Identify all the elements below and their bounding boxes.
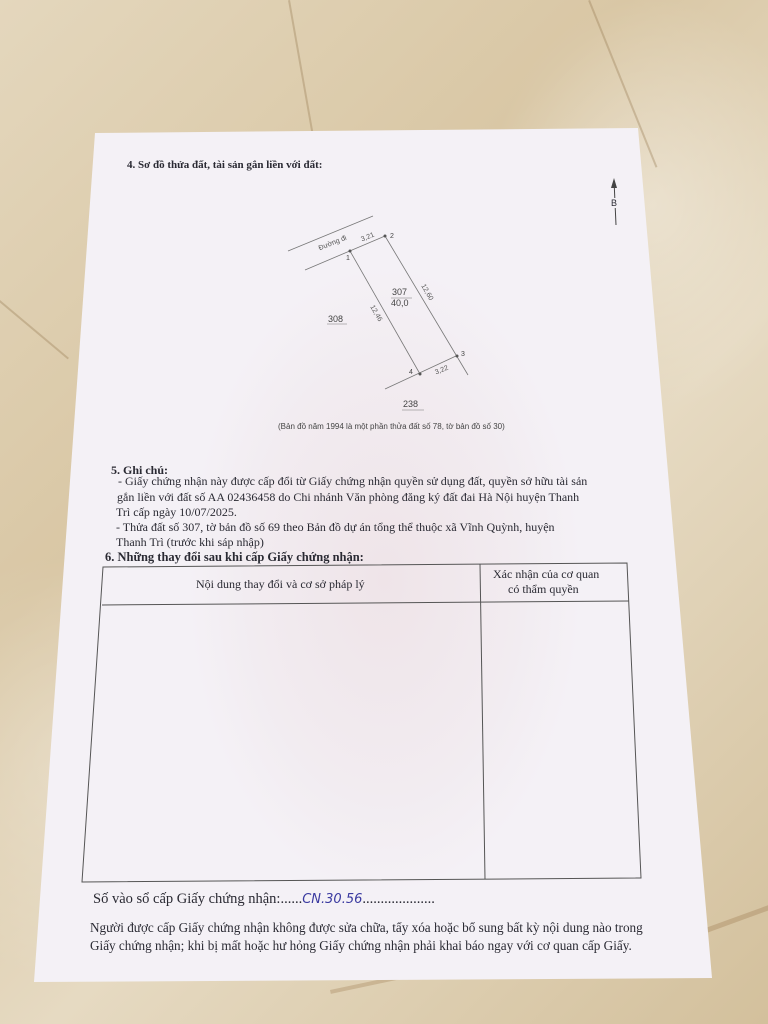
- registry-number: CN.30.56: [302, 892, 362, 907]
- warning-line: Giấy chứng nhận; khi bị mất hoặc hư hỏng…: [90, 938, 632, 954]
- changes-table: [0, 0, 768, 1024]
- table-header-confirmation-line2: có thẩm quyền: [508, 582, 579, 597]
- table-header-confirmation: Xác nhận của cơ quan: [493, 567, 599, 582]
- registry-number-line: Số vào sổ cấp Giấy chứng nhận:......CN.3…: [93, 891, 435, 908]
- registry-label: Số vào sổ cấp Giấy chứng nhận:......: [93, 891, 302, 907]
- warning-line: Người được cấp Giấy chứng nhận không đượ…: [90, 920, 643, 936]
- table-header-content: Nội dung thay đổi và cơ sở pháp lý: [196, 577, 365, 592]
- registry-dots: ....................: [362, 891, 435, 907]
